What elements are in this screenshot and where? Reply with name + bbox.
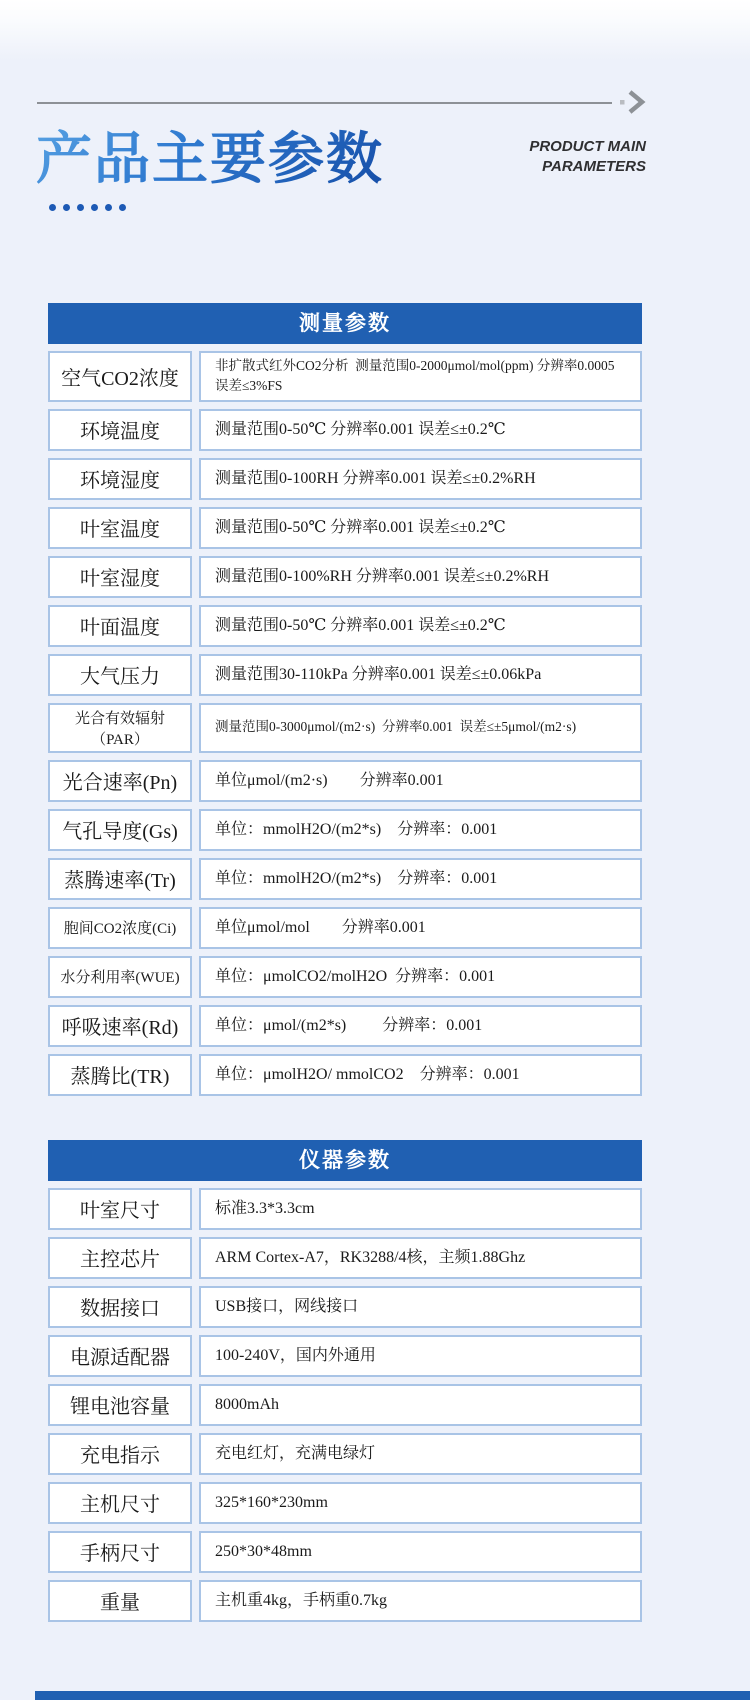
param-value: 单位μmol/mol 分辨率0.001 [199,907,642,949]
page-subtitle-line2: PARAMETERS [529,157,646,177]
table-row: 大气压力 测量范围30-110kPa 分辨率0.001 误差≤±0.06kPa [48,654,642,696]
page-subtitle-line1: PRODUCT MAIN [529,137,646,157]
table-row: 环境温度 测量范围0-50℃ 分辨率0.001 误差≤±0.2℃ [48,409,642,451]
param-value: 250*30*48mm [199,1531,642,1573]
param-label: 大气压力 [48,654,192,696]
param-label: 主控芯片 [48,1237,192,1279]
table-row: 光合有效辐射（PAR） 测量范围0-3000μmol/(m2·s) 分辨率0.0… [48,703,642,753]
table-row: 重量 主机重4kg，手柄重0.7kg [48,1580,642,1622]
table-row: 环境湿度 测量范围0-100RH 分辨率0.001 误差≤±0.2%RH [48,458,642,500]
instrument-parameters-table: 仪器参数 叶室尺寸 标准3.3*3.3cm 主控芯片 ARM Cortex-A7… [48,1140,642,1622]
param-value: 单位μmol/(m2·s) 分辨率0.001 [199,760,642,802]
param-label: 光合速率(Pn) [48,760,192,802]
param-label: 空气CO2浓度 [48,351,192,402]
param-label: 重量 [48,1580,192,1622]
table-row: 叶室温度 测量范围0-50℃ 分辨率0.001 误差≤±0.2℃ [48,507,642,549]
param-value: USB接口，网线接口 [199,1286,642,1328]
param-label: 水分利用率(WUE) [48,956,192,998]
param-label: 手柄尺寸 [48,1531,192,1573]
param-value: 单位：μmolCO2/molH2O 分辨率：0.001 [199,956,642,998]
table-header: 测量参数 [48,303,642,344]
param-value: 测量范围0-3000μmol/(m2·s) 分辨率0.001 误差≤±5μmol… [199,703,642,753]
dots-decoration [49,204,126,211]
param-value: 8000mAh [199,1384,642,1426]
table-row: 锂电池容量 8000mAh [48,1384,642,1426]
param-label: 环境湿度 [48,458,192,500]
table-row: 气孔导度(Gs) 单位：mmolH2O/(m2*s) 分辨率：0.001 [48,809,642,851]
param-value: 单位：μmolH2O/ mmolCO2 分辨率：0.001 [199,1054,642,1096]
table-row: 空气CO2浓度 非扩散式红外CO2分析 测量范围0-2000μmol/mol(p… [48,351,642,402]
param-value: 单位：mmolH2O/(m2*s) 分辨率：0.001 [199,809,642,851]
bottom-accent-bar [35,1691,750,1700]
param-label: 电源适配器 [48,1335,192,1377]
param-label: 叶室温度 [48,507,192,549]
param-label: 环境温度 [48,409,192,451]
page-title: 产品主要参数 [36,127,384,193]
dot [49,204,56,211]
param-label: 呼吸速率(Rd) [48,1005,192,1047]
table-header: 仪器参数 [48,1140,642,1181]
table-row: 胞间CO2浓度(Ci) 单位μmol/mol 分辨率0.001 [48,907,642,949]
param-label: 胞间CO2浓度(Ci) [48,907,192,949]
param-value: 测量范围0-100RH 分辨率0.001 误差≤±0.2%RH [199,458,642,500]
header-divider-line [37,102,612,104]
page-subtitle: PRODUCT MAIN PARAMETERS [529,137,646,177]
param-value: 主机重4kg，手柄重0.7kg [199,1580,642,1622]
chevron-right-icon [617,88,649,116]
param-value: 非扩散式红外CO2分析 测量范围0-2000μmol/mol(ppm) 分辨率0… [199,351,642,402]
table-body: 空气CO2浓度 非扩散式红外CO2分析 测量范围0-2000μmol/mol(p… [48,351,642,1096]
table-row: 数据接口 USB接口，网线接口 [48,1286,642,1328]
param-label: 蒸腾速率(Tr) [48,858,192,900]
param-label: 数据接口 [48,1286,192,1328]
measurement-parameters-table: 测量参数 空气CO2浓度 非扩散式红外CO2分析 测量范围0-2000μmol/… [48,303,642,1096]
param-value: 单位：mmolH2O/(m2*s) 分辨率：0.001 [199,858,642,900]
param-value: 100-240V，国内外通用 [199,1335,642,1377]
dot [77,204,84,211]
param-value: 测量范围30-110kPa 分辨率0.001 误差≤±0.06kPa [199,654,642,696]
param-label: 主机尺寸 [48,1482,192,1524]
param-label: 叶室湿度 [48,556,192,598]
dot [105,204,112,211]
table-row: 主机尺寸 325*160*230mm [48,1482,642,1524]
param-value: ARM Cortex-A7，RK3288/4核，主频1.88Ghz [199,1237,642,1279]
param-value: 单位：μmol/(m2*s) 分辨率：0.001 [199,1005,642,1047]
param-label: 蒸腾比(TR) [48,1054,192,1096]
table-row: 叶室湿度 测量范围0-100%RH 分辨率0.001 误差≤±0.2%RH [48,556,642,598]
param-label: 叶室尺寸 [48,1188,192,1230]
table-row: 光合速率(Pn) 单位μmol/(m2·s) 分辨率0.001 [48,760,642,802]
table-row: 电源适配器 100-240V，国内外通用 [48,1335,642,1377]
dot [91,204,98,211]
dot [63,204,70,211]
table-row: 叶室尺寸 标准3.3*3.3cm [48,1188,642,1230]
table-body: 叶室尺寸 标准3.3*3.3cm 主控芯片 ARM Cortex-A7，RK32… [48,1188,642,1622]
param-value: 充电红灯，充满电绿灯 [199,1433,642,1475]
param-label: 气孔导度(Gs) [48,809,192,851]
param-label: 光合有效辐射（PAR） [48,703,192,753]
table-row: 蒸腾比(TR) 单位：μmolH2O/ mmolCO2 分辨率：0.001 [48,1054,642,1096]
page: 产品主要参数 PRODUCT MAIN PARAMETERS 测量参数 空气CO… [0,0,750,1700]
table-row: 蒸腾速率(Tr) 单位：mmolH2O/(m2*s) 分辨率：0.001 [48,858,642,900]
table-row: 主控芯片 ARM Cortex-A7，RK3288/4核，主频1.88Ghz [48,1237,642,1279]
param-label: 锂电池容量 [48,1384,192,1426]
param-value: 测量范围0-100%RH 分辨率0.001 误差≤±0.2%RH [199,556,642,598]
param-value: 325*160*230mm [199,1482,642,1524]
dot [119,204,126,211]
param-value: 测量范围0-50℃ 分辨率0.001 误差≤±0.2℃ [199,507,642,549]
table-row: 呼吸速率(Rd) 单位：μmol/(m2*s) 分辨率：0.001 [48,1005,642,1047]
table-row: 手柄尺寸 250*30*48mm [48,1531,642,1573]
table-row: 充电指示 充电红灯，充满电绿灯 [48,1433,642,1475]
param-label: 充电指示 [48,1433,192,1475]
table-row: 水分利用率(WUE) 单位：μmolCO2/molH2O 分辨率：0.001 [48,956,642,998]
param-value: 标准3.3*3.3cm [199,1188,642,1230]
param-value: 测量范围0-50℃ 分辨率0.001 误差≤±0.2℃ [199,605,642,647]
tables-wrap: 测量参数 空气CO2浓度 非扩散式红外CO2分析 测量范围0-2000μmol/… [48,303,642,1622]
table-row: 叶面温度 测量范围0-50℃ 分辨率0.001 误差≤±0.2℃ [48,605,642,647]
param-value: 测量范围0-50℃ 分辨率0.001 误差≤±0.2℃ [199,409,642,451]
param-label: 叶面温度 [48,605,192,647]
